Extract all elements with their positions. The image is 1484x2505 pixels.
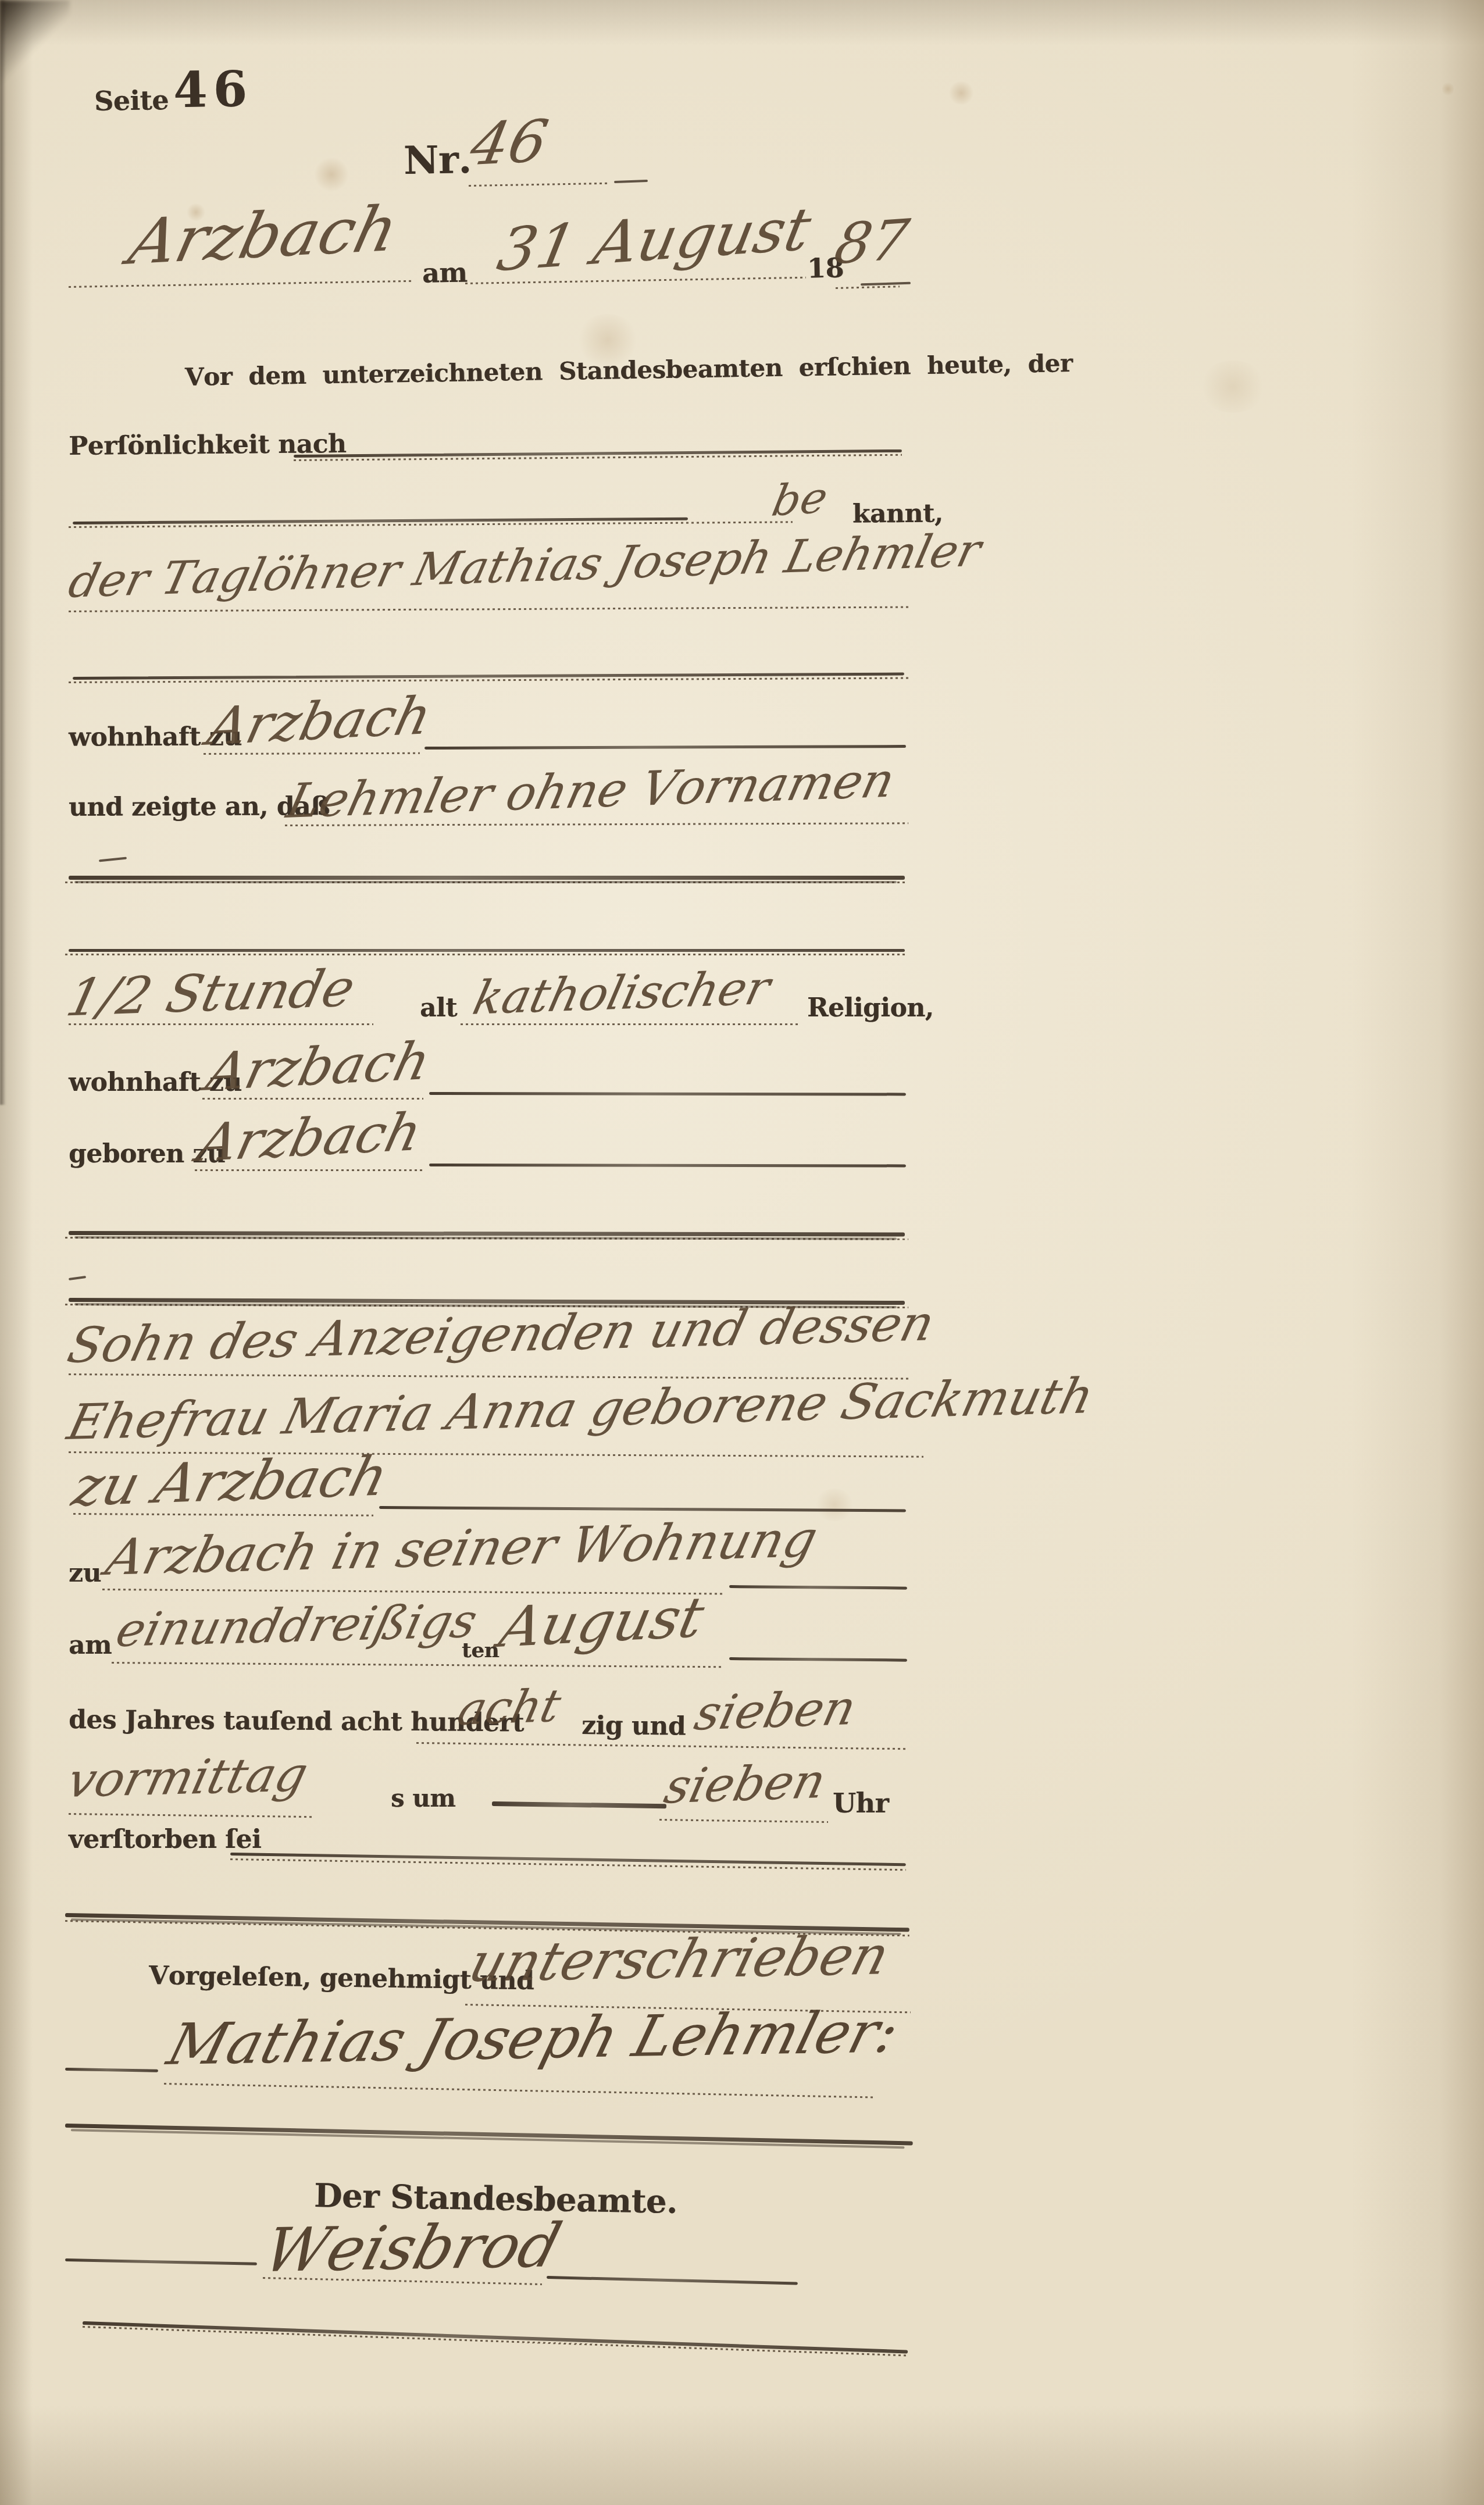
dotted-line (836, 286, 900, 289)
page-corner-shadow (0, 0, 70, 87)
ink-stroke (429, 1092, 906, 1096)
uhr-label: Uhr (833, 1790, 889, 1817)
year-ones-entry: sieben (690, 1685, 860, 1737)
filler-dash (99, 857, 127, 862)
ink-stroke (861, 282, 911, 286)
known-entry-script: be (769, 476, 831, 523)
dotted-line (69, 1813, 313, 1818)
dotted-line (461, 1023, 798, 1025)
daytime-entry: vormittag (63, 1751, 312, 1805)
stain-spot (314, 157, 349, 192)
ink-stroke (65, 2258, 257, 2265)
dotted-line (164, 2083, 876, 2098)
ink-stroke (83, 2321, 908, 2354)
dotted-line (469, 183, 608, 187)
age-label: alt (420, 995, 457, 1021)
intro-paragraph: Vor dem unterzeichneten Standesbeamten e… (185, 351, 1073, 390)
ink-stroke (65, 2068, 158, 2072)
record-number-label: Nr. (403, 140, 472, 180)
dotted-line (69, 280, 414, 288)
dotted-line (195, 1169, 423, 1171)
death-place-label: zu (69, 1561, 101, 1586)
date-entry: 31 August (493, 200, 816, 280)
religion-entry: katholischer (469, 965, 774, 1021)
ink-stroke (729, 1585, 907, 1590)
birthplace-entry: Arzbach (193, 1106, 426, 1170)
informant-entry: der Taglöhner Mathias Joseph Lehmler (65, 528, 985, 605)
page-edge-shadow (0, 0, 6, 1105)
ten-label: ten (462, 1640, 499, 1661)
date-year-entry: 87 (830, 212, 912, 272)
death-place-entry: Arzbach in seiner Wohnung (102, 1514, 822, 1583)
place-entry: Arzbach (123, 198, 404, 274)
verstorben-label: verſtorben ſei (69, 1827, 261, 1853)
dotted-line (416, 1742, 907, 1750)
ink-stroke (69, 1231, 905, 1237)
age-entry: 1/2 Stunde (62, 963, 360, 1024)
dotted-line (83, 2326, 908, 2357)
record-number-entry: 46 (466, 112, 552, 174)
family-line-3: zu Arzbach (67, 1450, 393, 1515)
dotted-line (65, 954, 907, 955)
ink-stroke (614, 180, 648, 183)
dotted-line (202, 1098, 423, 1100)
ink-stroke (429, 1164, 906, 1167)
family-line-2: Ehefrau Maria Anna geborene Sackmuth (63, 1371, 1098, 1447)
death-day-entry: einunddreißigs (112, 1598, 481, 1654)
signed-word-entry: unterschrieben (464, 1929, 895, 1990)
zig-und-label: zig und (582, 1713, 686, 1740)
death-month-entry: August (495, 1589, 709, 1655)
ink-stroke (547, 2276, 798, 2285)
religion-label: Religion, (807, 995, 934, 1021)
informant-signature: Mathias Joseph Lehmler: (162, 2004, 905, 2074)
ink-stroke (65, 2124, 913, 2146)
filler-dash (69, 1276, 86, 1280)
hour-entry: sieben (660, 1758, 830, 1811)
family-line-1: Sohn des Anzeigenden und dessen (63, 1298, 939, 1370)
dotted-line (69, 1023, 373, 1025)
stain-spot (1198, 361, 1268, 413)
ink-stroke (729, 1657, 907, 1662)
stain-spot (1442, 81, 1454, 97)
residence-entry: Arzbach (203, 690, 436, 754)
registrar-signature: Weisbrod (258, 2215, 567, 2281)
residence2-entry: Arzbach (202, 1035, 435, 1099)
death-day-label: am (69, 1633, 112, 1658)
date-am-label: am (422, 259, 468, 286)
s-um-label: s um (391, 1786, 455, 1811)
register-page: Seite 46 Nr. 46 Arzbach am 31 August 18 … (0, 0, 1484, 2505)
page-side-number: 46 (173, 65, 253, 115)
page-side-label: Seite (94, 87, 169, 115)
ink-stroke (424, 745, 906, 750)
dotted-line (659, 1819, 828, 1823)
year-tens-entry: acht (454, 1683, 565, 1732)
known-label: kannt, (852, 501, 943, 527)
dotted-line (112, 1662, 723, 1668)
ink-stroke (492, 1801, 666, 1808)
dotted-line (204, 752, 420, 755)
stain-spot (948, 81, 975, 105)
ink-stroke (69, 876, 905, 880)
ink-stroke (69, 949, 905, 952)
deceased-name-entry: Lehmler ohne Vornamen (283, 757, 899, 826)
dotted-line (69, 606, 909, 612)
